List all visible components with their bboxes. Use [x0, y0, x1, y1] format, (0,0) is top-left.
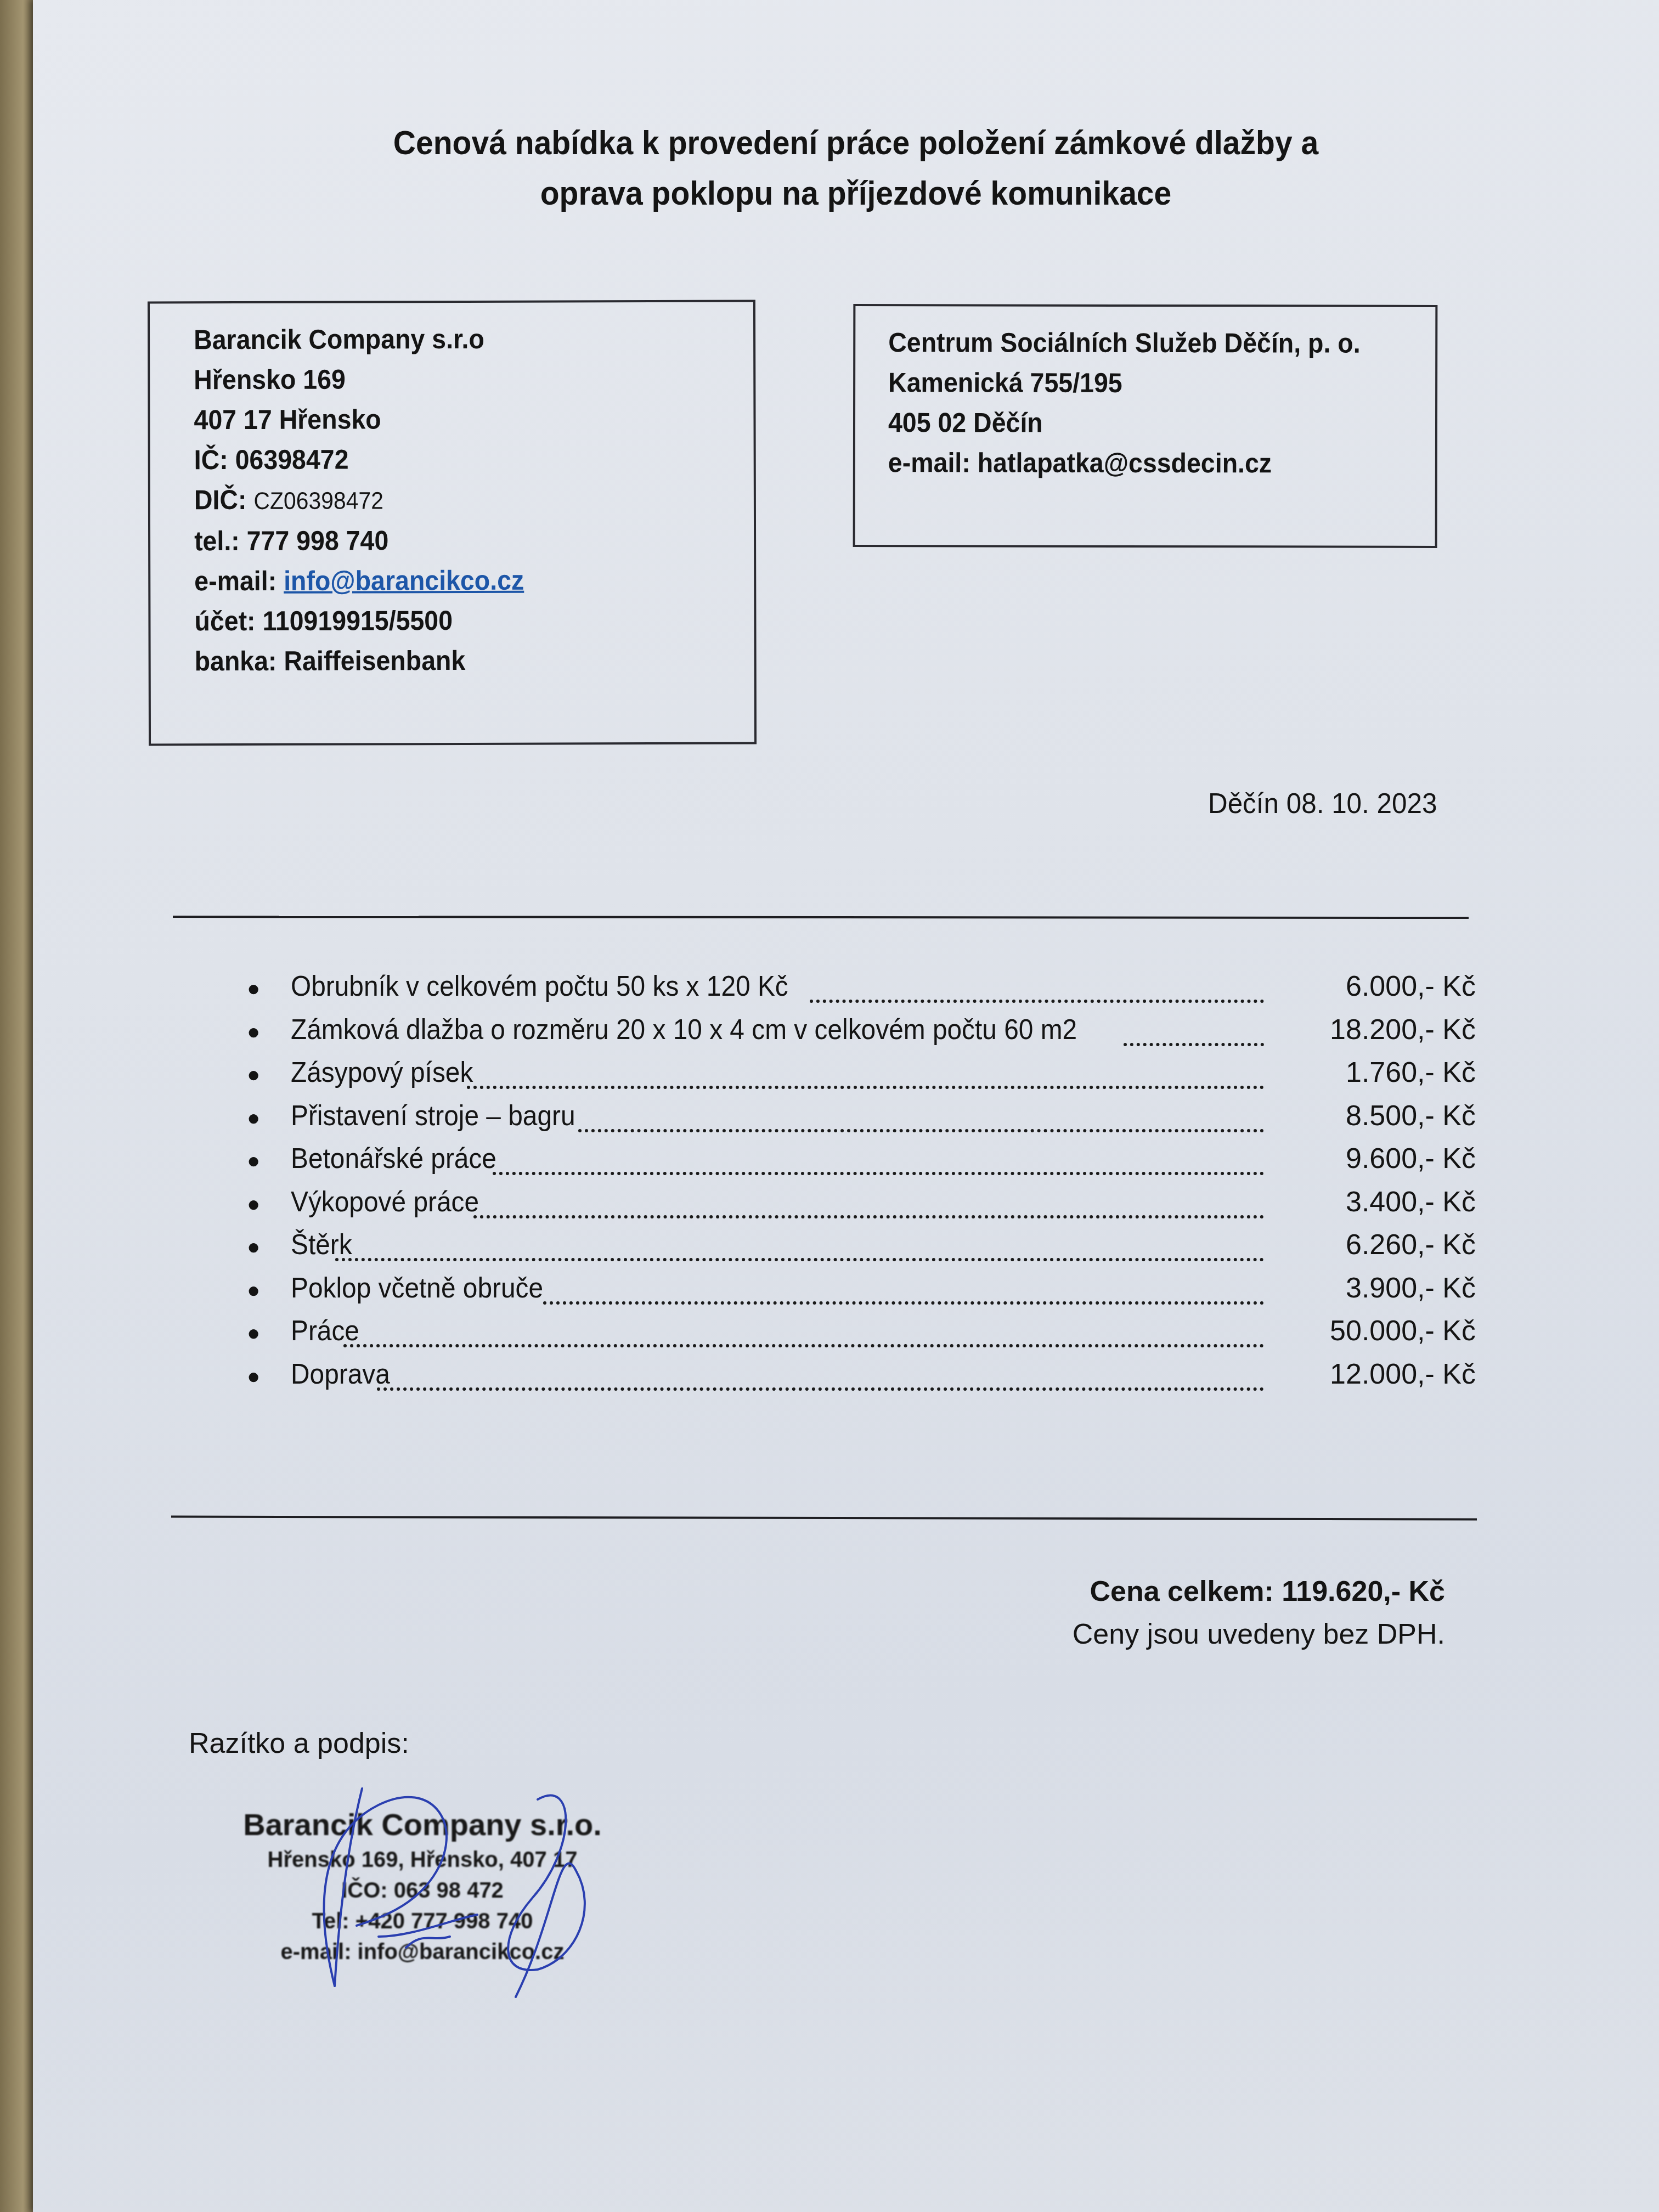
recipient-box: Centrum Sociálních Služeb Děčín, p. o. K…: [853, 304, 1438, 548]
dotted-leader: [543, 1301, 1264, 1305]
bullet-icon: ●: [247, 1321, 291, 1346]
sender-tel-label: tel.:: [194, 526, 240, 556]
sender-dic-value: CZ06398472: [253, 487, 383, 515]
dotted-leader: [810, 1000, 1264, 1003]
sender-box: Barancik Company s.r.o Hřensko 169 407 1…: [148, 300, 757, 746]
bullet-icon: ●: [247, 1235, 291, 1260]
recipient-name: Centrum Sociálních Služeb Děčín, p. o.: [888, 323, 1361, 364]
bullet-icon: ●: [247, 977, 291, 1001]
sender-city: 407 17 Hřensko: [194, 399, 523, 441]
bullet-icon: ●: [247, 1278, 291, 1303]
item-label: Poklop včetně obruče: [291, 1272, 543, 1305]
item-label: Obrubník v celkovém počtu 50 ks x 120 Kč: [291, 970, 788, 1003]
price-item: ●Poklop včetně obruče3.900,- Kč: [247, 1272, 1476, 1315]
sender-bank-label: banka:: [195, 646, 277, 676]
item-price: 12.000,- Kč: [1267, 1358, 1476, 1391]
sender-tel-value: 777 998 740: [247, 525, 389, 556]
item-label: Zásypový písek: [291, 1056, 473, 1089]
bullet-icon: ●: [247, 1063, 291, 1087]
document-date: Děčín 08. 10. 2023: [1208, 787, 1437, 820]
total-price: Cena celkem: 119.620,- Kč: [1073, 1570, 1445, 1613]
price-item: ●Přistavení stroje – bagru8.500,- Kč: [247, 1099, 1476, 1143]
stamp-company: Barancik Company s.r.o.: [225, 1805, 620, 1844]
recipient-city: 405 02 Děčín: [888, 403, 1361, 444]
sender-dic: DIČ: CZ06398472: [194, 479, 524, 522]
document-page: Cenová nabídka k provedení práce položen…: [33, 0, 1659, 2212]
recipient-street: Kamenická 755/195: [888, 363, 1361, 404]
sender-company: Barancik Company s.r.o: [194, 319, 523, 360]
stamp-ico: IČO: 063 98 472: [225, 1875, 620, 1906]
dotted-leader: [493, 1172, 1264, 1175]
item-price: 6.260,- Kč: [1267, 1228, 1476, 1261]
dotted-leader: [467, 1086, 1264, 1089]
sender-tel: tel.: 777 998 740: [194, 521, 524, 562]
summary: Cena celkem: 119.620,- Kč Ceny jsou uved…: [1073, 1570, 1445, 1656]
bullet-icon: ●: [247, 1106, 291, 1131]
stamp-tel: Tel: +420 777 998 740: [225, 1906, 620, 1937]
price-item: ●Štěrk6.260,- Kč: [247, 1228, 1476, 1272]
divider-bottom: [171, 1516, 1477, 1521]
sender-account-value: 110919915/5500: [262, 605, 453, 636]
sender-street: Hřensko 169: [194, 359, 523, 400]
dotted-leader: [377, 1387, 1264, 1391]
sender-dic-label: DIČ:: [194, 484, 247, 515]
item-label: Zámková dlažba o rozměru 20 x 10 x 4 cm …: [291, 1013, 1077, 1046]
price-item: ●Práce50.000,- Kč: [247, 1314, 1476, 1358]
sender-email-link[interactable]: info@barancikco.cz: [284, 565, 524, 596]
item-label: Výkopové práce: [291, 1186, 479, 1218]
sender-account: účet: 110919915/5500: [194, 601, 524, 642]
recipient-email-value: hatlapatka@cssdecin.cz: [978, 447, 1272, 478]
vat-note: Ceny jsou uvedeny bez DPH.: [1073, 1613, 1445, 1656]
sender-email: e-mail: info@barancikco.cz: [194, 561, 524, 602]
item-price: 50.000,- Kč: [1267, 1314, 1476, 1347]
signature-label: Razítko a podpis:: [189, 1727, 409, 1760]
company-stamp: Barancik Company s.r.o. Hřensko 169, Hře…: [225, 1805, 620, 1967]
dotted-leader: [343, 1344, 1264, 1347]
item-label: Doprava: [291, 1358, 390, 1391]
dotted-leader: [578, 1129, 1264, 1132]
sender-bank-value: Raiffeisenbank: [284, 645, 465, 676]
bullet-icon: ●: [247, 1192, 291, 1217]
bullet-icon: ●: [247, 1364, 291, 1389]
item-price: 9.600,- Kč: [1267, 1142, 1476, 1175]
recipient-email-label: e-mail:: [888, 447, 970, 478]
item-price: 3.900,- Kč: [1267, 1272, 1476, 1305]
title-line-2: oprava poklopu na příjezdové komunikace: [250, 168, 1462, 219]
bullet-icon: ●: [247, 1149, 291, 1173]
price-item: ●Betonářské práce9.600,- Kč: [247, 1142, 1476, 1186]
dotted-leader: [1124, 1043, 1264, 1046]
item-label: Štěrk: [291, 1228, 352, 1261]
document-title: Cenová nabídka k provedení práce položen…: [250, 118, 1462, 219]
stamp-email: e-mail: info@barancikco.cz: [225, 1937, 620, 1967]
price-item: ●Doprava12.000,- Kč: [247, 1358, 1476, 1401]
sender-account-label: účet:: [194, 606, 255, 636]
dotted-leader: [473, 1215, 1264, 1218]
item-label: Přistavení stroje – bagru: [291, 1099, 575, 1132]
item-label: Práce: [291, 1314, 359, 1347]
divider-top: [173, 916, 1469, 919]
price-item: ●Zámková dlažba o rozměru 20 x 10 x 4 cm…: [247, 1013, 1476, 1057]
item-price: 1.760,- Kč: [1267, 1056, 1476, 1089]
sender-ic-value: 06398472: [235, 444, 349, 475]
sender-bank: banka: Raiffeisenbank: [195, 641, 524, 682]
sender-email-label: e-mail:: [194, 566, 276, 596]
item-label: Betonářské práce: [291, 1142, 496, 1175]
title-line-1: Cenová nabídka k provedení práce položen…: [250, 118, 1462, 168]
price-item-list: ●Obrubník v celkovém počtu 50 ks x 120 K…: [247, 970, 1476, 1401]
sender-ic: IČ: 06398472: [194, 439, 524, 481]
dotted-leader: [335, 1258, 1264, 1261]
price-item: ●Obrubník v celkovém počtu 50 ks x 120 K…: [247, 970, 1476, 1013]
stamp-address: Hřensko 169, Hřensko, 407 17: [225, 1844, 620, 1875]
item-price: 6.000,- Kč: [1267, 970, 1476, 1003]
item-price: 8.500,- Kč: [1267, 1099, 1476, 1132]
sender-ic-label: IČ:: [194, 444, 228, 475]
price-item: ●Zásypový písek1.760,- Kč: [247, 1056, 1476, 1099]
price-item: ●Výkopové práce3.400,- Kč: [247, 1186, 1476, 1229]
recipient-email: e-mail: hatlapatka@cssdecin.cz: [888, 443, 1361, 484]
item-price: 3.400,- Kč: [1267, 1186, 1476, 1218]
bullet-icon: ●: [247, 1020, 291, 1045]
item-price: 18.200,- Kč: [1267, 1013, 1476, 1046]
